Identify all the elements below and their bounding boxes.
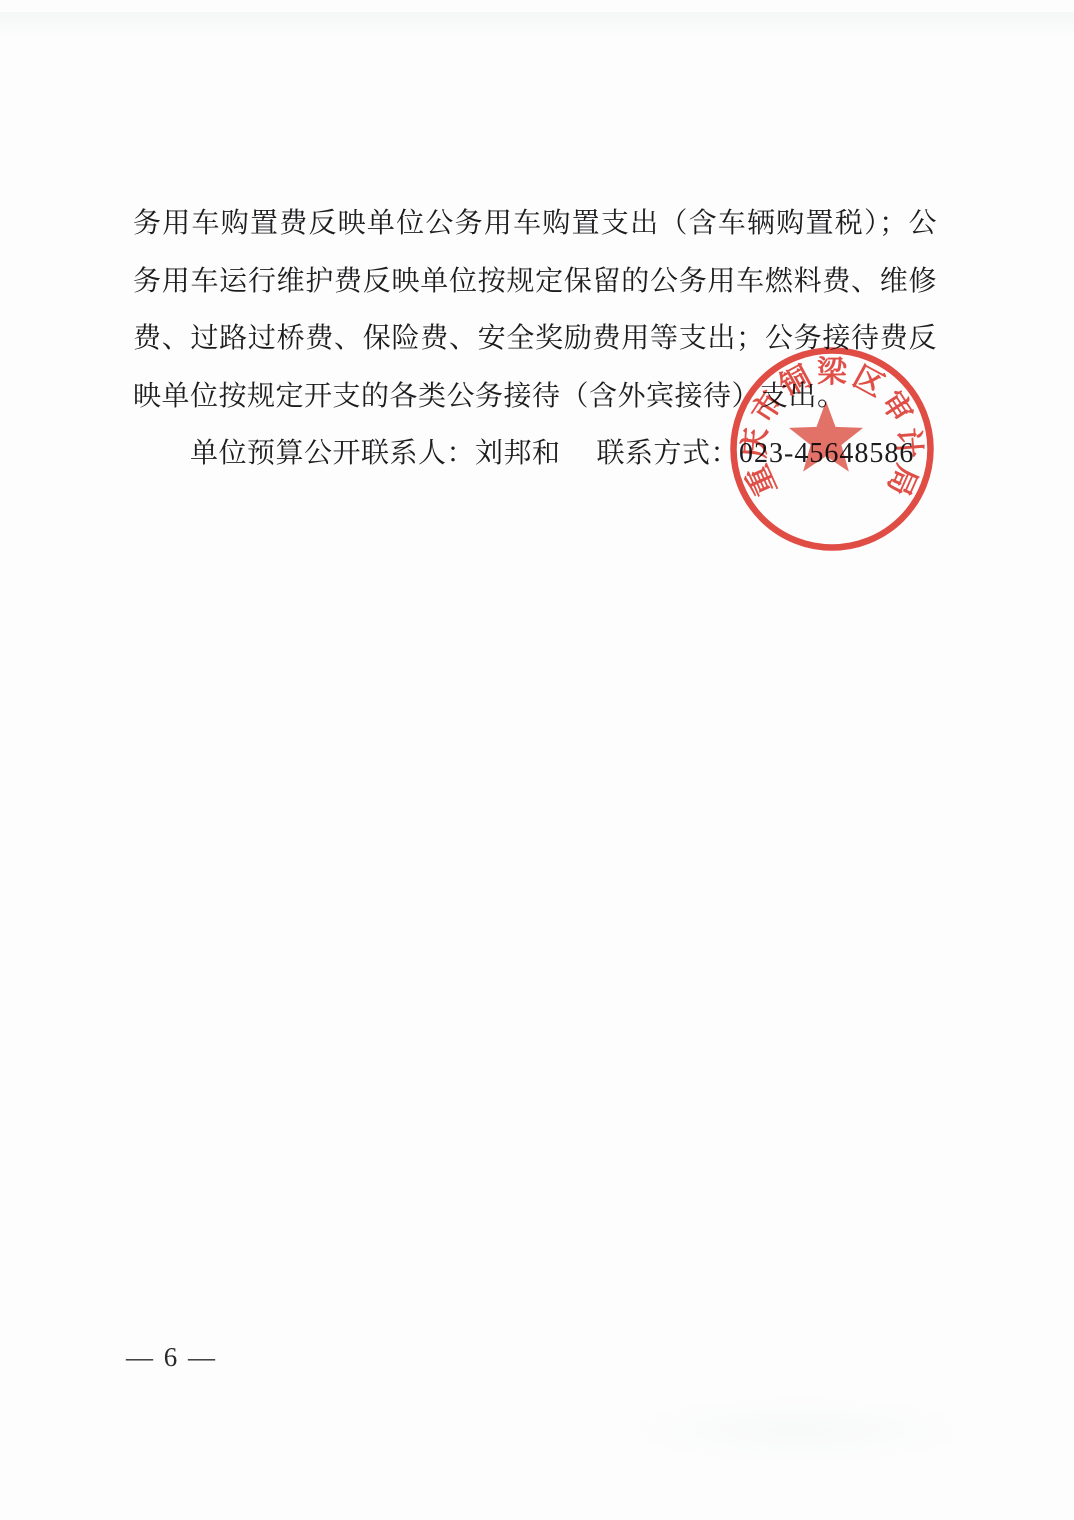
body-line-1: 务用车购置费反映单位公务用车购置支出（含车辆购置税）；公 [133, 195, 937, 253]
scan-artifact-smudge [620, 1395, 980, 1465]
body-line-3: 费、过路过桥费、保险费、安全奖励费用等支出；公务接待费反 [133, 310, 937, 368]
contact-name: 刘邦和 [475, 438, 561, 469]
body-text: 务用车购置费反映单位公务用车购置支出（含车辆购置税）；公 务用车运行维护费反映单… [133, 195, 937, 483]
contact-line: 单位预算公开联系人：刘邦和联系方式：023-45648586 [133, 425, 937, 483]
body-line-4: 映单位按规定开支的各类公务接待（含外宾接待）支出。 [133, 368, 937, 426]
contact-phone: 023-45648586 [739, 438, 914, 469]
contact-method-label: 联系方式： [597, 438, 740, 469]
contact-label: 单位预算公开联系人： [190, 438, 475, 469]
body-line-2: 务用车运行维护费反映单位按规定保留的公务用车燃料费、维修 [133, 253, 937, 311]
page-number: — 6 — [126, 1342, 217, 1373]
scanned-document-page: 务用车购置费反映单位公务用车购置支出（含车辆购置税）；公 务用车运行维护费反映单… [0, 0, 1074, 1520]
scan-artifact-band [0, 12, 1074, 38]
